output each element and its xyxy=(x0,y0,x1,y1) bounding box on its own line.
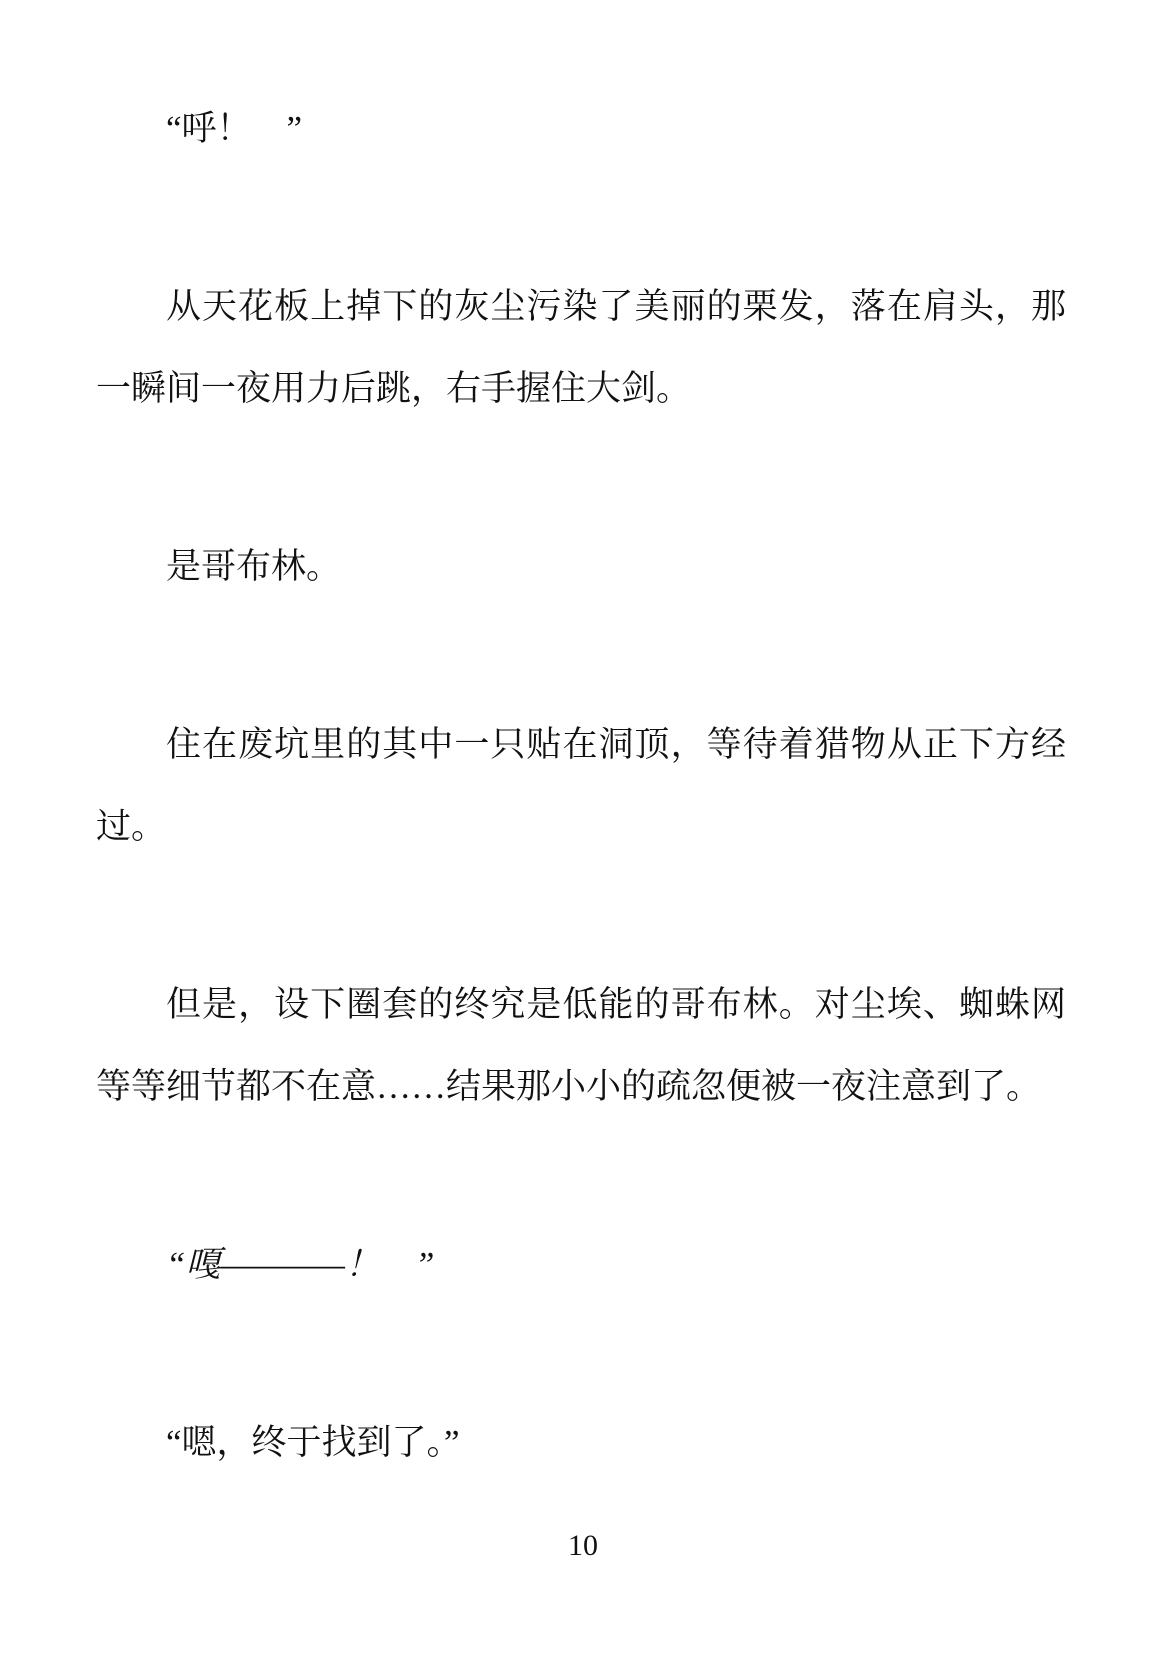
paragraph: “嗯，终于找到了。” xyxy=(96,1402,1066,1484)
document-page: “呼！ ” 从天花板上掉下的灰尘污染了美丽的栗发，落在肩头，那一瞬间一夜用力后跳… xyxy=(0,0,1166,1654)
paragraph: 但是，设下圈套的终究是低能的哥布林。对尘埃、蜘蛛网等等细节都不在意……结果那小小… xyxy=(96,964,1066,1128)
paragraph: 从天花板上掉下的灰尘污染了美丽的栗发，落在肩头，那一瞬间一夜用力后跳，右手握住大… xyxy=(96,266,1066,430)
page-number: 10 xyxy=(0,1528,1166,1564)
paragraph: 是哥布林。 xyxy=(96,526,1066,608)
paragraph-onomatopoeia: “嘎————！ ” xyxy=(96,1224,1066,1306)
paragraph: 住在废坑里的其中一只贴在洞顶，等待着猎物从正下方经过。 xyxy=(96,704,1066,868)
paragraph: “呼！ ” xyxy=(96,88,1066,170)
page-body: “呼！ ” 从天花板上掉下的灰尘污染了美丽的栗发，落在肩头，那一瞬间一夜用力后跳… xyxy=(96,88,1066,1484)
